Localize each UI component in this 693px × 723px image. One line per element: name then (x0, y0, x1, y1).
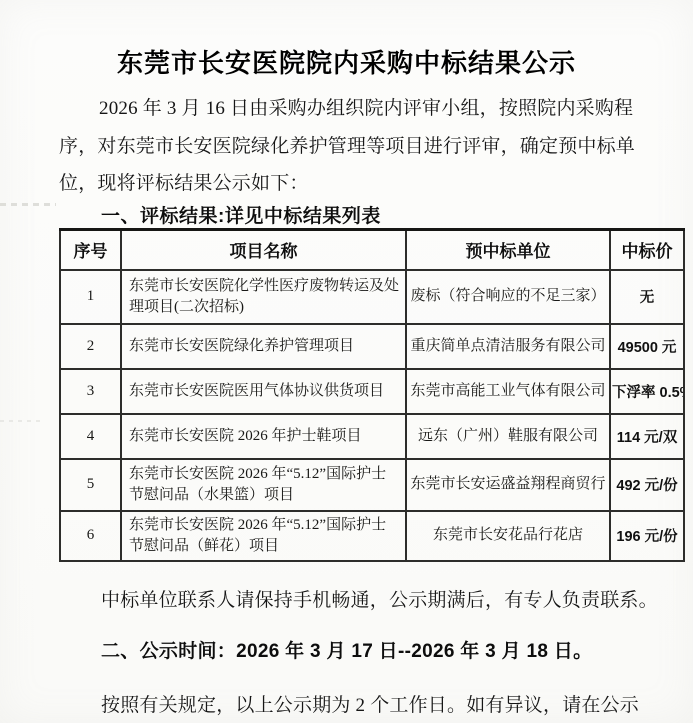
footer-paragraph: 按照有关规定，以上公示期为 2 个工作日。如有异议，请在公示 (59, 690, 641, 717)
intro-line-1: 2026 年 3 月 16 日由采购办组织院内评审小组，按照院内采购程 (59, 90, 641, 128)
cell-no: 3 (60, 369, 121, 414)
col-header-project: 项目名称 (121, 230, 406, 270)
section-heading-publicity-period: 二、公示时间：2026 年 3 月 17 日--2026 年 3 月 18 日。 (59, 636, 641, 663)
cell-no: 4 (60, 414, 121, 459)
cell-project: 东莞市长安医院绿化养护管理项目 (121, 324, 406, 369)
cell-no: 5 (60, 459, 121, 511)
scanned-document-page: 东莞市长安医院院内采购中标结果公示 2026 年 3 月 16 日由采购办组织院… (0, 0, 693, 723)
contact-note: 中标单位联系人请保持手机畅通，公示期满后，有专人负责联系。 (59, 585, 641, 612)
col-header-price: 中标价 (610, 230, 684, 270)
bid-results-table: 序号 项目名称 预中标单位 中标价 1 东莞市长安医院化学性医疗废物转运及处理项… (59, 228, 685, 562)
cell-price: 无 (610, 270, 684, 324)
page-title: 东莞市长安医院院内采购中标结果公示 (0, 43, 693, 80)
table-row: 4 东莞市长安医院 2026 年护士鞋项目 远东（广州）鞋服有限公司 114 元… (60, 414, 684, 459)
table-row: 1 东莞市长安医院化学性医疗废物转运及处理项目(二次招标) 废标（符合响应的不足… (60, 270, 684, 324)
cell-no: 6 (60, 511, 121, 561)
table-row: 6 东莞市长安医院 2026 年“5.12”国际护士节慰问品（鲜花）项目 东莞市… (60, 511, 684, 561)
intro-paragraph: 2026 年 3 月 16 日由采购办组织院内评审小组，按照院内采购程 序，对东… (59, 90, 641, 203)
col-header-winner: 预中标单位 (406, 230, 610, 270)
cell-winner: 东莞市高能工业气体有限公司 (406, 369, 610, 414)
table-header-row: 序号 项目名称 预中标单位 中标价 (60, 230, 684, 270)
cell-price: 114 元/双 (610, 414, 684, 459)
cell-winner: 远东（广州）鞋服有限公司 (406, 414, 610, 459)
table-row: 3 东莞市长安医院医用气体协议供货项目 东莞市高能工业气体有限公司 下浮率 0.… (60, 369, 684, 414)
cell-project: 东莞市长安医院医用气体协议供货项目 (121, 369, 406, 414)
cell-project: 东莞市长安医院 2026 年“5.12”国际护士节慰问品（鲜花）项目 (121, 511, 406, 561)
cell-no: 2 (60, 324, 121, 369)
cell-price: 196 元/份 (610, 511, 684, 561)
table-row: 2 东莞市长安医院绿化养护管理项目 重庆简单点清洁服务有限公司 49500 元 (60, 324, 684, 369)
cell-winner: 废标（符合响应的不足三家） (406, 270, 610, 324)
cell-price: 492 元/份 (610, 459, 684, 511)
cell-price: 下浮率 0.5% (610, 369, 684, 414)
col-header-no: 序号 (60, 230, 121, 270)
cell-winner: 东莞市长安花品行花店 (406, 511, 610, 561)
scan-artifact-dash (0, 203, 56, 206)
cell-price: 49500 元 (610, 324, 684, 369)
cell-no: 1 (60, 270, 121, 324)
intro-line-2: 序，对东莞市长安医院绿化养护管理等项目进行评审，确定预中标单 (59, 128, 641, 166)
cell-winner: 东莞市长安运盛益翔程商贸行 (406, 459, 610, 511)
cell-project: 东莞市长安医院 2026 年“5.12”国际护士节慰问品（水果篮）项目 (121, 459, 406, 511)
intro-line-3: 位，现将评标结果公示如下： (59, 165, 641, 203)
cell-project: 东莞市长安医院化学性医疗废物转运及处理项目(二次招标) (121, 270, 406, 324)
scan-artifact-dots (0, 420, 40, 422)
cell-project: 东莞市长安医院 2026 年护士鞋项目 (121, 414, 406, 459)
table-row: 5 东莞市长安医院 2026 年“5.12”国际护士节慰问品（水果篮）项目 东莞… (60, 459, 684, 511)
section-heading-results: 一、评标结果:详见中标结果列表 (59, 201, 641, 228)
cell-winner: 重庆简单点清洁服务有限公司 (406, 324, 610, 369)
